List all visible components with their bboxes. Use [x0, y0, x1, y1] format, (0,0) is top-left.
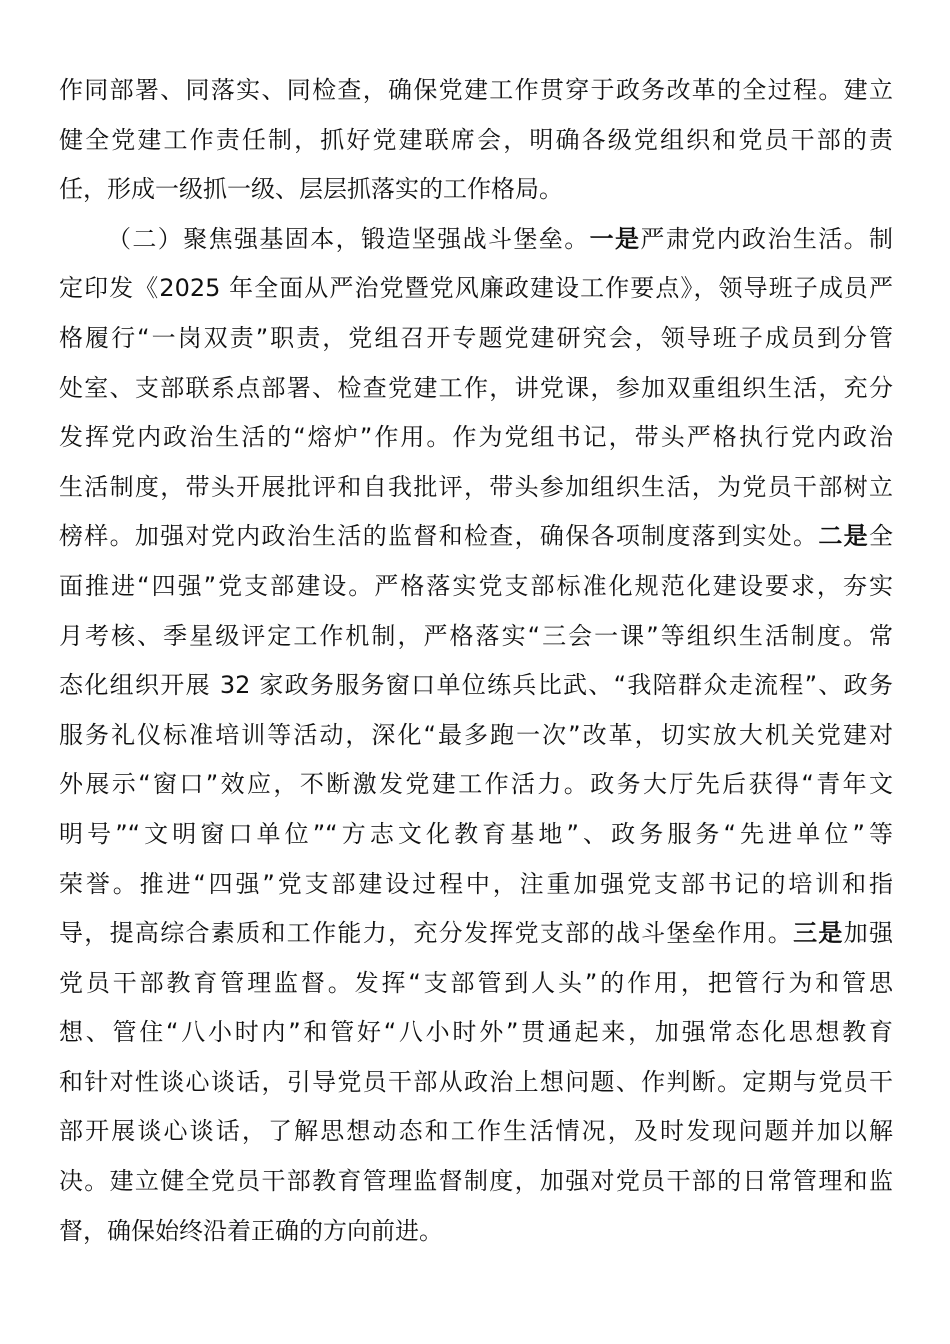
bold-marker-first: 一是 [590, 225, 641, 253]
text-line: 面推进“四强”党支部建设。严格落实党支部标准化规范化建设要求，夯实 [59, 562, 893, 612]
bold-marker-second: 二是 [818, 522, 869, 550]
document-page: 作同部署、同落实、同检查，确保党建工作贯穿于政务改革的全过程。建立 健全党建工作… [59, 66, 893, 1256]
text-line: 健全党建工作责任制，抓好党建联席会，明确各级党组织和党员干部的责 [59, 116, 893, 166]
text-line: 月考核、季星级评定工作机制，严格落实“三会一课”等组织生活制度。常 [59, 612, 893, 662]
text-line: 部开展谈心谈话，了解思想动态和工作生活情况，及时发现问题并加以解 [59, 1107, 893, 1157]
text-line: 定印发《2025 年全面从严治党暨党风廉政建设工作要点》，领导班子成员严 [59, 264, 893, 314]
text-line: 想、管住“八小时内”和管好“八小时外”贯通起来，加强常态化思想教育 [59, 1008, 893, 1058]
text-line: 作同部署、同落实、同检查，确保党建工作贯穿于政务改革的全过程。建立 [59, 66, 893, 116]
text-line: 和针对性谈心谈话，引导党员干部从政治上想问题、作判断。定期与党员干 [59, 1058, 893, 1108]
text-line: 态化组织开展 32 家政务服务窗口单位练兵比武、“我陪群众走流程”、政务 [59, 661, 893, 711]
text-line: 导，提高综合素质和工作能力，充分发挥党支部的战斗堡垒作用。三是加强 [59, 909, 893, 959]
section-heading-line: （二）聚焦强基固本，锻造坚强战斗堡垒。一是严肃党内政治生活。制 [59, 215, 893, 265]
text-line: 党员干部教育管理监督。发挥“支部管到人头”的作用，把管行为和管思 [59, 959, 893, 1009]
text-span: 全 [869, 522, 893, 550]
text-line: 荣誉。推进“四强”党支部建设过程中，注重加强党支部书记的培训和指 [59, 860, 893, 910]
text-line: 生活制度，带头开展批评和自我批评，带头参加组织生活，为党员干部树立 [59, 463, 893, 513]
text-span: 榜样。加强对党内政治生活的监督和检查，确保各项制度落到实处。 [59, 522, 818, 550]
text-line: 榜样。加强对党内政治生活的监督和检查，确保各项制度落到实处。二是全 [59, 512, 893, 562]
text-line: 明号”“文明窗口单位”“方志文化教育基地”、政务服务“先进单位”等 [59, 810, 893, 860]
text-span: 加强 [844, 919, 893, 947]
text-span: 导，提高综合素质和工作能力，充分发挥党支部的战斗堡垒作用。 [59, 919, 793, 947]
text-line: 发挥党内政治生活的“熔炉”作用。作为党组书记，带头严格执行党内政治 [59, 413, 893, 463]
text-line: 决。建立健全党员干部教育管理监督制度，加强对党员干部的日常管理和监 [59, 1157, 893, 1207]
text-line: 外展示“窗口”效应，不断激发党建工作活力。政务大厅先后获得“青年文 [59, 760, 893, 810]
text-span: 严肃党内政治生活。制 [640, 225, 893, 253]
text-line: 格履行“一岗双责”职责，党组召开专题党建研究会，领导班子成员到分管 [59, 314, 893, 364]
text-line: 督，确保始终沿着正确的方向前进。 [59, 1207, 893, 1257]
section-heading: （二）聚焦强基固本，锻造坚强战斗堡垒。 [107, 225, 590, 253]
bold-marker-third: 三是 [793, 919, 844, 947]
text-line: 服务礼仪标准培训等活动，深化“最多跑一次”改革，切实放大机关党建对 [59, 711, 893, 761]
text-line: 处室、支部联系点部署、检查党建工作，讲党课，参加双重组织生活，充分 [59, 364, 893, 414]
text-line: 任，形成一级抓一级、层层抓落实的工作格局。 [59, 165, 893, 215]
